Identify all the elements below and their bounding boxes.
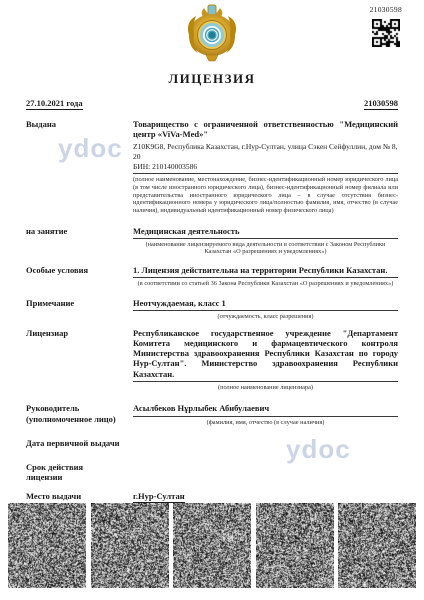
emblem-container [0, 0, 424, 62]
field-first-issue-date: Дата первичной выдачи [26, 438, 398, 449]
top-serial-number: 21030598 [370, 5, 402, 14]
license-document-page: ydoc ydoc 21030598 [0, 0, 424, 600]
divider-line [133, 381, 398, 382]
divider-line [133, 310, 398, 311]
field-head: Руководитель (уполномоченное лицо) Асылб… [26, 403, 398, 426]
security-pattern-block [338, 503, 416, 588]
divider-line [133, 277, 398, 278]
qr-code [372, 19, 400, 47]
security-pattern-block [173, 503, 251, 588]
divider-line [133, 238, 398, 239]
footnote: (в соответствии со статьей 36 Закона Рес… [133, 280, 398, 288]
divider-line [133, 416, 398, 417]
footnote: (фамилия, имя, отчество (в случае наличи… [133, 419, 398, 427]
field-label: (уполномоченное лицо) [26, 414, 127, 425]
field-issued-to: Выдана Товарищество с ограниченной ответ… [26, 119, 398, 215]
issue-date: 27.10.2021 года [26, 98, 83, 110]
field-label: на занятие [26, 226, 133, 257]
field-validity: Срок действия лицензии [26, 462, 398, 483]
field-label: Место выдачи [26, 491, 133, 502]
field-label: Лицензиар [26, 328, 133, 392]
field-issue-place: Место выдачи г.Нур-Султан [26, 491, 398, 502]
document-body: 27.10.2021 года 21030598 Выдана Товарище… [0, 98, 424, 502]
activity-value: Медицинская деятельность [133, 226, 398, 236]
field-label: Дата первичной выдачи [26, 438, 133, 449]
security-pattern-band [0, 503, 424, 588]
document-title: ЛИЦЕНЗИЯ [0, 71, 424, 87]
footnote: (наименование лицензируемого вида деятел… [133, 241, 398, 256]
field-label: Руководитель [26, 403, 127, 414]
license-number: 21030598 [364, 98, 398, 110]
field-special-conditions: Особые условия 1. Лицензия действительна… [26, 265, 398, 288]
licensee-address: Z10K9G8, Республика Казахстан, г.Нур-Сул… [133, 142, 398, 161]
security-pattern-block [91, 503, 169, 588]
security-pattern-block [8, 503, 86, 588]
first-issue-date-value [133, 438, 398, 449]
licensee-bin: БИН: 210140003586 [133, 162, 398, 172]
footnote: (полное наименование, местонахождение, б… [133, 176, 398, 214]
kazakhstan-emblem-icon [186, 4, 238, 62]
security-pattern-block [256, 503, 334, 588]
field-licensor: Лицензиар Республиканское государственно… [26, 328, 398, 392]
footnote: (отчуждаемость, класс разрешения) [133, 313, 398, 321]
field-activity: на занятие Медицинская деятельность (наи… [26, 226, 398, 257]
head-name: Асылбеков Нұрлыбек Абибулаевич [133, 403, 398, 413]
footnote: (полное наименование лицензиара) [133, 384, 398, 392]
remark-value: Неотчуждаемая, класс 1 [133, 298, 398, 308]
date-number-row: 27.10.2021 года 21030598 [26, 98, 398, 110]
licensee-name: Товарищество с ограниченной ответственно… [133, 119, 398, 139]
licensor-value: Республиканское государственное учрежден… [133, 328, 398, 379]
field-remark: Примечание Неотчуждаемая, класс 1 (отчуж… [26, 298, 398, 321]
special-conditions-value: 1. Лицензия действительна на территории … [133, 265, 398, 275]
issue-place-value: г.Нур-Султан [133, 491, 185, 503]
validity-value [133, 462, 398, 483]
field-label: Особые условия [26, 265, 133, 288]
field-label: Срок действия [26, 462, 127, 473]
field-label: Выдана [26, 119, 133, 215]
field-label: лицензии [26, 472, 127, 483]
divider-line [133, 173, 398, 174]
field-label: Примечание [26, 298, 133, 321]
